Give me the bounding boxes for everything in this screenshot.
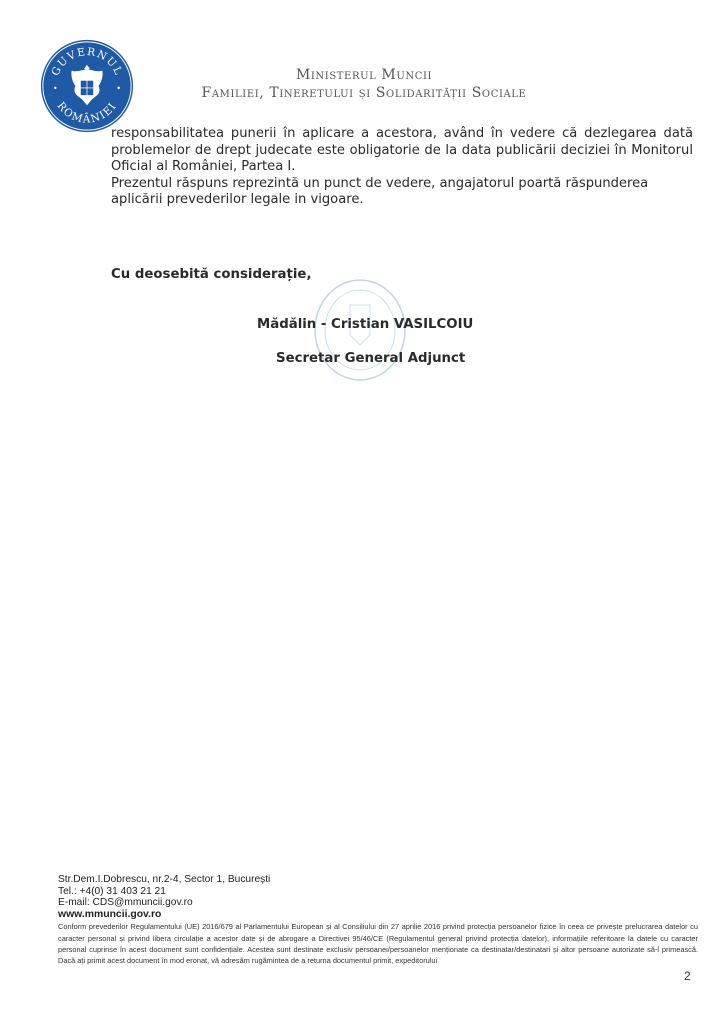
footer-email[interactable]: E-mail: CDS@mmuncii.gov.ro: [58, 897, 698, 909]
page-number: 2: [684, 969, 691, 983]
romanian-coat-of-arms-icon: GUVERNUL ROMÂNIEI: [39, 38, 135, 134]
footer-gdpr-notice: Conform prevederilor Regulamentului (UE)…: [58, 921, 698, 966]
closing-salutation: Cu deosebită considerație,: [111, 267, 312, 282]
page-footer: Str.Dem.I.Dobrescu, nr.2-4, Sector 1, Bu…: [58, 874, 698, 966]
government-seal-logo: GUVERNUL ROMÂNIEI: [39, 38, 135, 134]
footer-address: Str.Dem.I.Dobrescu, nr.2-4, Sector 1, Bu…: [58, 874, 698, 886]
ministry-header: Ministerul Muncii Familiei, Tineretului …: [146, 66, 582, 103]
footer-website-link[interactable]: www.mmuncii.gov.ro: [58, 909, 698, 921]
signer-name: Mădălin - Cristian VASILCOIU: [257, 317, 473, 332]
ministry-name-line1: Ministerul Muncii: [146, 66, 582, 84]
ministry-name-line2: Familiei, Tineretului și Solidarității S…: [146, 84, 582, 103]
body-paragraph-1: responsabilitatea punerii în aplicare a …: [111, 126, 693, 176]
letter-body: responsabilitatea punerii în aplicare a …: [111, 126, 693, 209]
footer-phone: Tel.: +4(0) 31 403 21 21: [58, 886, 698, 898]
signer-title: Secretar General Adjunct: [276, 351, 465, 366]
body-paragraph-2: Prezentul răspuns reprezintă un punct de…: [111, 176, 693, 209]
